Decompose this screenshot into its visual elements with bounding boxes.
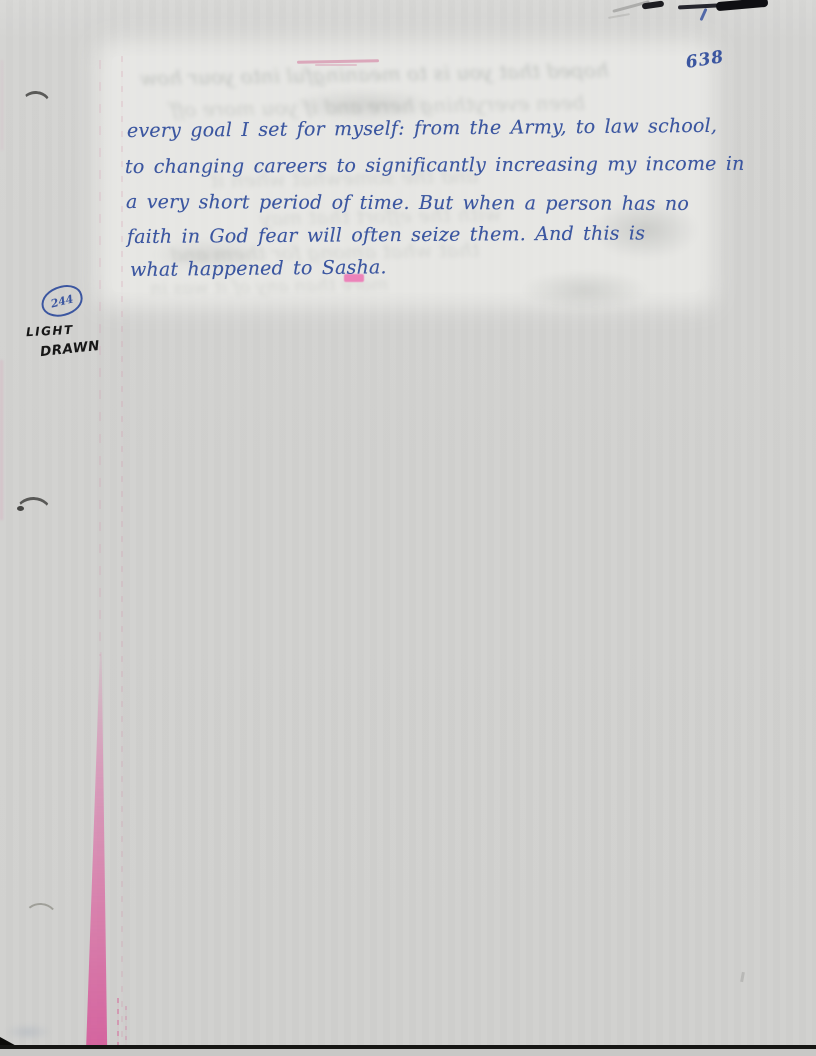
hole-punch [20, 90, 53, 120]
pink-dash-mark [117, 998, 119, 1048]
handwritten-line: what happened to Sasha. [130, 256, 387, 281]
pink-dash-mark [125, 1006, 127, 1048]
handwritten-line: a very short period of time. But when a … [126, 191, 689, 215]
scanned-page: hoped that you is to meaningful into you… [0, 0, 816, 1056]
margin-note-drawn: DRAWN [39, 338, 100, 360]
cutoff-ink-mark [699, 8, 707, 21]
stray-mark [740, 972, 745, 982]
hole-punch-shadow [17, 506, 24, 511]
hole-punch [22, 902, 59, 936]
page-edge-pink-wisp [0, 360, 3, 520]
pink-marker-stripe [84, 652, 112, 1052]
faint-pink-margin-trace [99, 60, 101, 656]
page-edge-pink-wisp [1, 60, 3, 150]
pink-strikethrough-squiggle [315, 64, 357, 66]
handwritten-line: faith in God fear will often seize them.… [127, 222, 645, 248]
ink-smudge [520, 270, 650, 310]
handwritten-page-number: 638 [684, 47, 725, 73]
cutoff-ink-mark [716, 0, 769, 11]
pencil-streak [608, 13, 630, 19]
circled-number-annotation: 244 [38, 281, 86, 320]
scan-corner-wisp [4, 1024, 52, 1040]
scan-edge-below [0, 1049, 816, 1056]
margin-note-light: LIGHT [26, 323, 74, 339]
circled-number: 244 [49, 292, 74, 310]
hole-punch [14, 496, 52, 530]
ruled-margin-line [121, 56, 123, 1048]
handwritten-line: to changing careers to significantly inc… [125, 153, 745, 178]
